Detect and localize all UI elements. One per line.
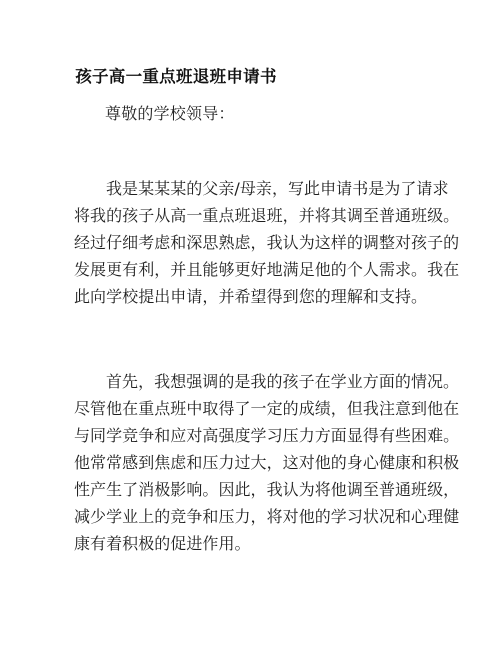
paragraph-line: 经过仔细考虑和深思熟虑，我认为这样的调整对孩子的 (74, 229, 430, 256)
paragraph-line: 此向学校提出申请，并希望得到您的理解和支持。 (74, 283, 430, 310)
paragraph-line: 性产生了消极影响。因此，我认为将他调至普通班级， (74, 476, 430, 503)
paragraph-line: 与同学竞争和应对高强度学习压力方面显得有些困难。 (74, 422, 430, 449)
paragraph-line: 减少学业上的竞争和压力，将对他的学习状况和心理健 (74, 503, 430, 530)
paragraph-line: 我是某某某的父亲/母亲，写此申请书是为了请求 (74, 175, 430, 202)
paragraph-1: 我是某某某的父亲/母亲，写此申请书是为了请求 将我的孩子从高一重点班退班，并将其… (74, 175, 430, 310)
paragraph-2: 首先，我想强调的是我的孩子在学业方面的情况。 尽管他在重点班中取得了一定的成绩，… (74, 368, 430, 557)
paragraph-line: 他常常感到焦虑和压力过大，这对他的身心健康和积极 (74, 449, 430, 476)
paragraph-line: 康有着积极的促进作用。 (74, 530, 430, 557)
document-title: 孩子高一重点班退班申请书 (0, 63, 426, 87)
paragraph-line: 尽管他在重点班中取得了一定的成绩，但我注意到他在 (74, 395, 430, 422)
paragraph-line: 首先，我想强调的是我的孩子在学业方面的情况。 (74, 368, 430, 395)
greeting: 尊敬的学校领导： (105, 101, 235, 124)
paragraph-line: 发展更有利，并且能够更好地满足他的个人需求。我在 (74, 256, 430, 283)
paragraph-line: 将我的孩子从高一重点班退班，并将其调至普通班级。 (74, 202, 430, 229)
